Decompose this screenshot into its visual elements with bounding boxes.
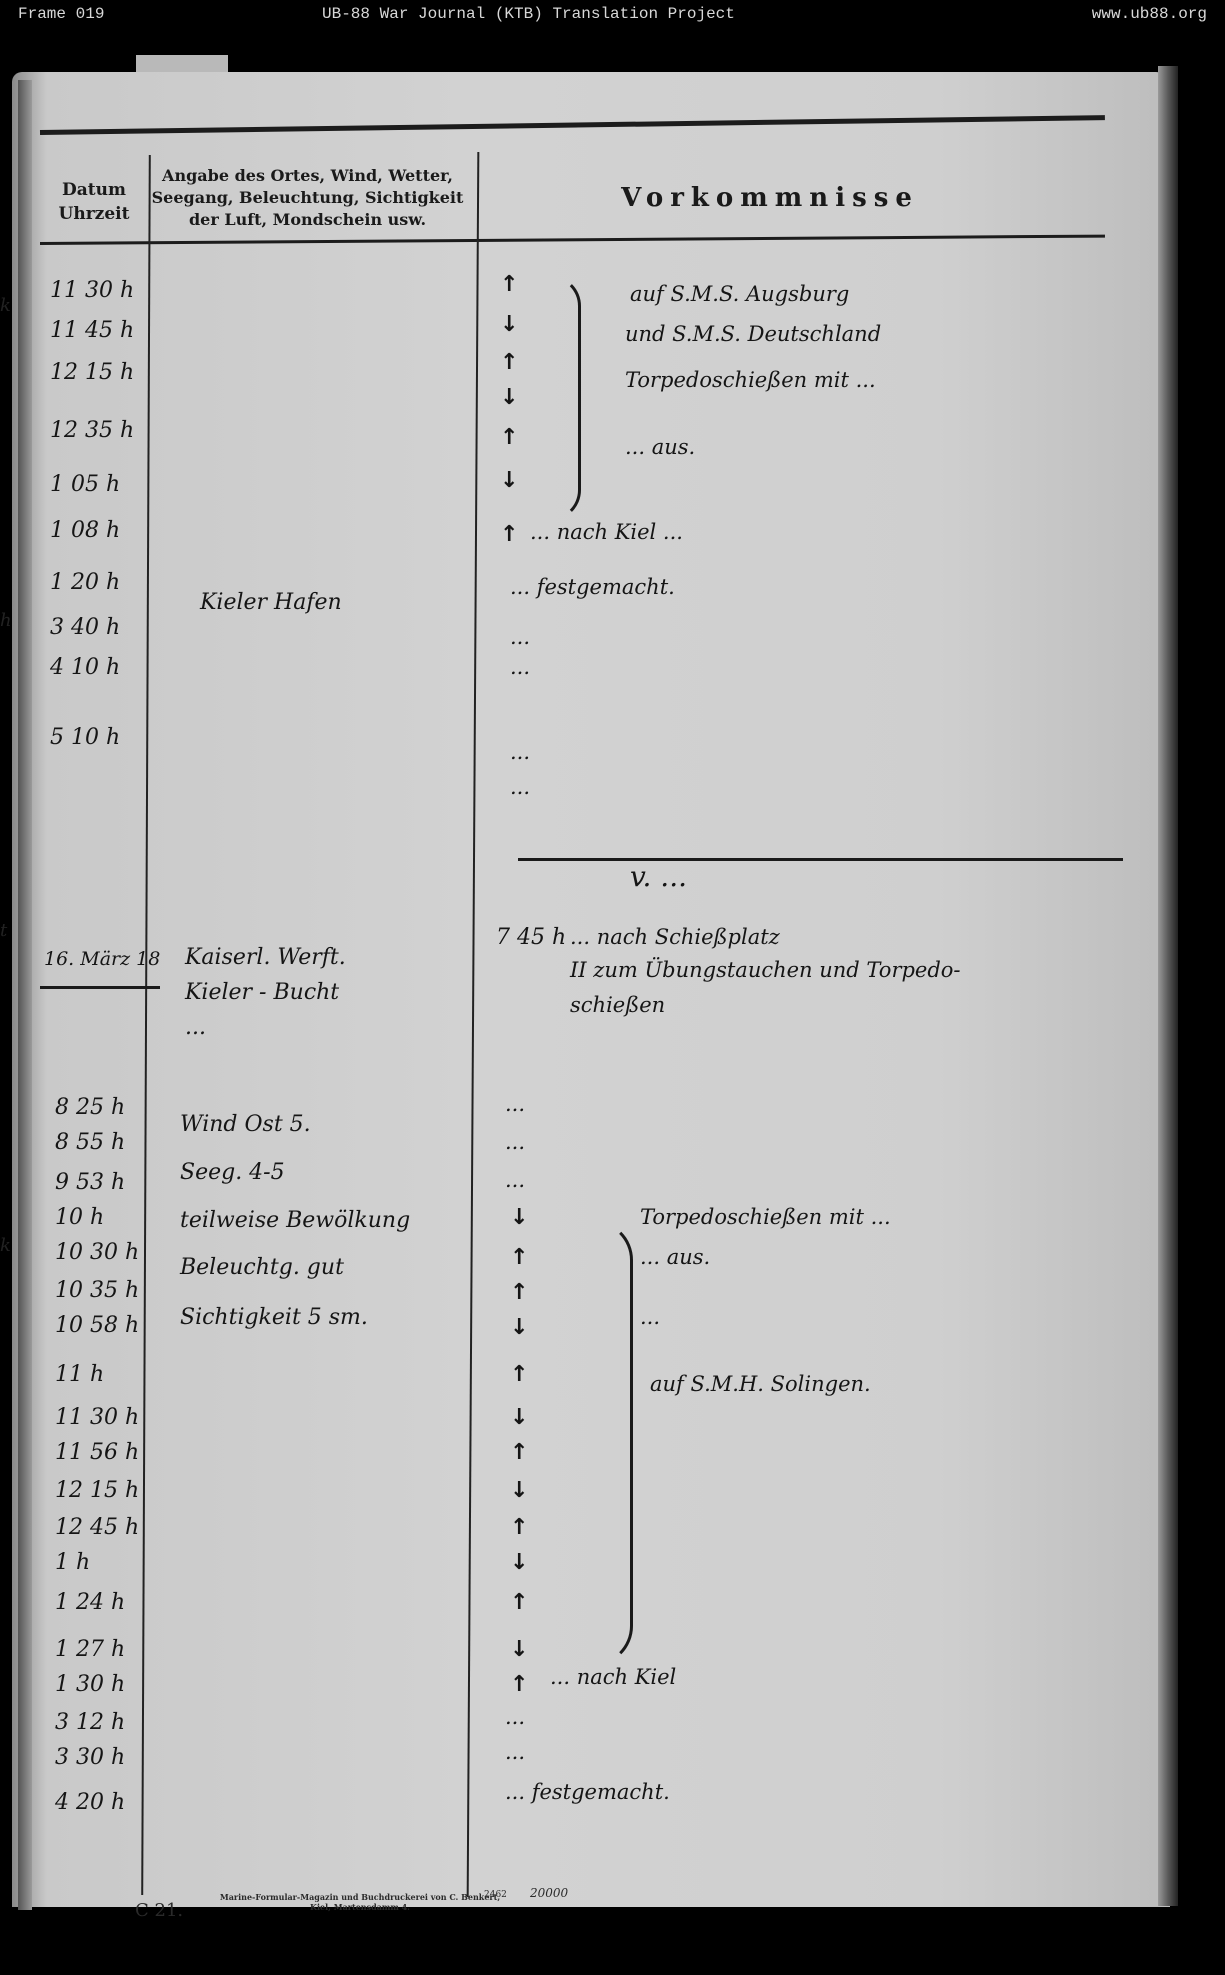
arrow-down-icon: ↓: [510, 1637, 528, 1662]
event-line: auf S.M.H. Solingen.: [650, 1372, 871, 1396]
facing-page-mark: h: [0, 610, 12, 631]
time-entry: 1 08 h: [50, 518, 120, 543]
header-angabe: Angabe des Ortes, Wind, Wetter, Seegang,…: [150, 165, 465, 231]
event-line: auf S.M.S. Augsburg: [630, 282, 849, 306]
time-entry: 10 30 h: [55, 1240, 139, 1265]
arrow-up-icon: ↑: [510, 1280, 528, 1305]
time-entry: 11 30 h: [50, 278, 134, 303]
time-entry: 11 30 h: [55, 1405, 139, 1430]
arrow-down-icon: ↓: [510, 1315, 528, 1340]
event-line: ... nach Kiel ...: [530, 520, 683, 544]
event-line: ... aus.: [640, 1245, 710, 1269]
event-line: ...: [505, 1168, 525, 1192]
event-line: Torpedoschießen mit ...: [640, 1205, 891, 1229]
print-code: 2462: [484, 1890, 507, 1900]
event-line: ...: [510, 625, 530, 649]
time-entry: 10 35 h: [55, 1278, 139, 1303]
event-line: ... nach Schießplatz: [570, 925, 780, 949]
event-line: ...: [640, 1305, 660, 1329]
signature-rule: [518, 858, 1123, 861]
section2-brace: [590, 1220, 633, 1666]
website-link[interactable]: www.ub88.org: [1092, 0, 1207, 28]
first-time: 7 45 h: [496, 925, 566, 950]
time-entry: 4 10 h: [50, 655, 120, 680]
arrow-down-icon: ↓: [500, 312, 518, 337]
weather-line: Sichtigkeit 5 sm.: [180, 1305, 368, 1330]
event-line: Torpedoschießen mit ...: [625, 368, 876, 392]
section1-location: Kieler Hafen: [200, 590, 342, 615]
time-entry: 10 58 h: [55, 1313, 139, 1338]
time-entry: 10 h: [55, 1205, 104, 1230]
time-entry: 12 45 h: [55, 1515, 139, 1540]
time-entry: 11 45 h: [50, 318, 134, 343]
time-entry: 1 05 h: [50, 472, 120, 497]
arrow-up-icon: ↑: [510, 1672, 528, 1697]
time-entry: 8 55 h: [55, 1130, 125, 1155]
time-entry: 3 40 h: [50, 615, 120, 640]
time-entry: 3 12 h: [55, 1710, 125, 1735]
print-run: 20000: [530, 1886, 568, 1900]
arrow-up-icon: ↑: [500, 350, 518, 375]
time-entry: 3 30 h: [55, 1745, 125, 1770]
printer-imprint: Marine-Formular-Magazin und Buchdruckere…: [215, 1892, 505, 1912]
location-line: ...: [185, 1015, 206, 1040]
weather-line: Seeg. 4-5: [180, 1160, 285, 1185]
arrow-up-icon: ↑: [510, 1362, 528, 1387]
entry-date: 16. März 18: [44, 948, 160, 970]
event-line: ...: [510, 655, 530, 679]
arrow-up-icon: ↑: [510, 1590, 528, 1615]
arrow-up-icon: ↑: [500, 272, 518, 297]
event-line: ...: [505, 1705, 525, 1729]
arrow-down-icon: ↓: [510, 1478, 528, 1503]
arrow-down-icon: ↓: [500, 385, 518, 410]
page-edge: [1158, 66, 1178, 1906]
frame-number: Frame 019: [18, 0, 104, 28]
arrow-up-icon: ↑: [500, 425, 518, 450]
facing-page-mark: t: [0, 920, 7, 941]
weather-line: Wind Ost 5.: [180, 1112, 311, 1137]
arrow-down-icon: ↓: [510, 1550, 528, 1575]
time-entry: 9 53 h: [55, 1170, 125, 1195]
location-line: Kieler - Bucht: [185, 980, 339, 1005]
time-entry: 1 h: [55, 1550, 90, 1575]
arrow-down-icon: ↓: [510, 1405, 528, 1430]
time-entry: 1 30 h: [55, 1672, 125, 1697]
arrow-down-icon: ↓: [510, 1205, 528, 1230]
event-line: ... nach Kiel: [550, 1665, 676, 1689]
facing-page-mark: k: [0, 295, 11, 316]
header-datum: Datum Uhrzeit: [44, 178, 144, 226]
time-entry: 8 25 h: [55, 1095, 125, 1120]
location-line: Kaiserl. Werft.: [185, 945, 346, 970]
time-entry: 12 15 h: [50, 360, 134, 385]
facing-page-mark: k: [0, 1235, 11, 1256]
time-entry: 1 20 h: [50, 570, 120, 595]
event-line: ...: [505, 1092, 525, 1116]
event-line: II zum Übungstauchen und Torpedo-: [570, 958, 961, 982]
time-entry: 12 35 h: [50, 418, 134, 443]
event-line: schießen: [570, 993, 665, 1017]
time-entry: 12 15 h: [55, 1478, 139, 1503]
date-underline: [40, 986, 160, 989]
header-vorkommnisse: Vorkommnisse: [560, 183, 980, 213]
weather-line: teilweise Bewölkung: [180, 1208, 410, 1233]
time-entry: 1 24 h: [55, 1590, 125, 1615]
frame-banner: Frame 019 UB-88 War Journal (KTB) Transl…: [0, 0, 1225, 28]
event-line: ...: [505, 1740, 525, 1764]
arrow-up-icon: ↑: [510, 1245, 528, 1270]
event-line: ...: [505, 1130, 525, 1154]
time-entry: 1 27 h: [55, 1637, 125, 1662]
event-line: und S.M.S. Deutschland: [625, 322, 881, 346]
time-entry: 4 20 h: [55, 1790, 125, 1815]
time-entry: 11 h: [55, 1362, 104, 1387]
project-title: UB-88 War Journal (KTB) Translation Proj…: [322, 0, 735, 28]
time-entry: 11 56 h: [55, 1440, 139, 1465]
weather-line: Beleuchtg. gut: [180, 1255, 344, 1280]
event-line: ... festgemacht.: [505, 1780, 670, 1804]
arrow-up-icon: ↑: [510, 1440, 528, 1465]
time-entry: 5 10 h: [50, 725, 120, 750]
section1-brace: [550, 275, 581, 521]
form-number: C 21.: [135, 1900, 183, 1921]
event-line: ... festgemacht.: [510, 575, 675, 599]
signature: v. ...: [630, 860, 687, 893]
arrow-down-icon: ↓: [500, 468, 518, 493]
event-line: ... aus.: [625, 435, 695, 459]
arrow-up-icon: ↑: [500, 522, 518, 547]
event-line: ...: [510, 740, 530, 764]
event-line: ...: [510, 775, 530, 799]
binding-spine: [18, 80, 32, 1910]
arrow-up-icon: ↑: [510, 1515, 528, 1540]
